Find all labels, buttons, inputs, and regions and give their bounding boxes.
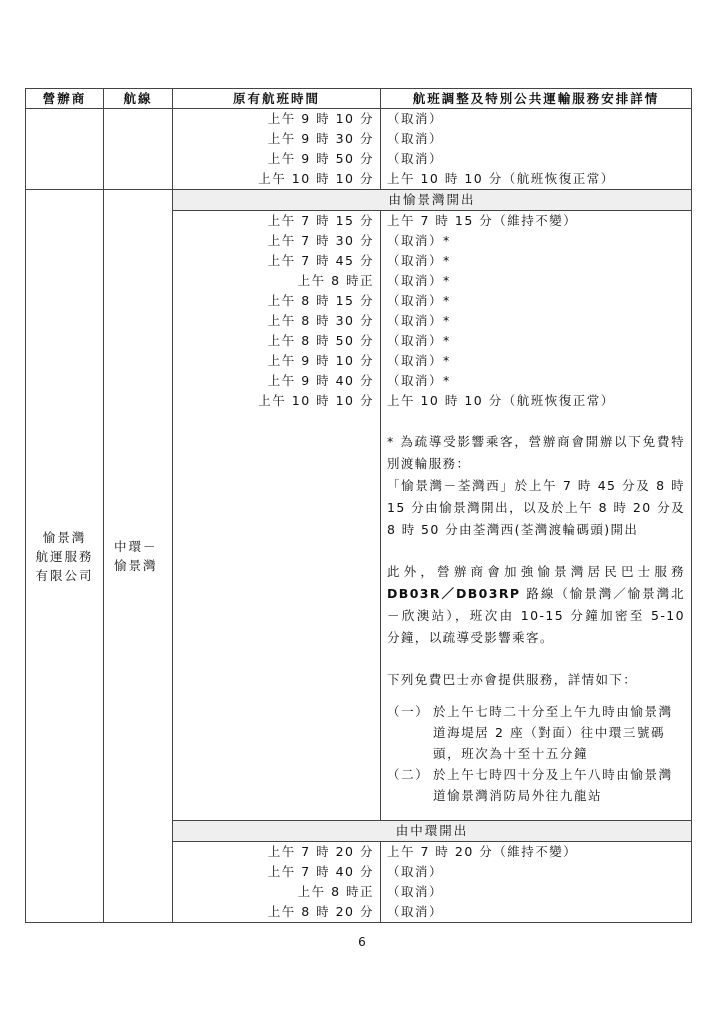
original-time: 上午 7 時 45 分 bbox=[173, 251, 374, 271]
table-header-row: 營辦商 航線 原有航班時間 航班調整及特別公共運輸服務安排詳情 bbox=[26, 89, 692, 109]
special-ferry-note: * 為疏導受影響乘客，營辦商會開辦以下免費特別渡輪服務： bbox=[387, 431, 685, 475]
continued-block: 上午 9 時 10 分 上午 9 時 30 分 上午 9 時 50 分 上午 1… bbox=[26, 109, 692, 190]
free-bus-item: （二） 於上午七時四十分及上午八時由愉景灣道愉景灣消防局外往九龍站 bbox=[387, 764, 685, 806]
original-times-list: 上午 7 時 20 分 上午 7 時 40 分 上午 8 時正 上午 8 時 2… bbox=[173, 842, 381, 923]
original-time: 上午 9 時 30 分 bbox=[173, 129, 374, 149]
detail-text: （取消）* bbox=[387, 311, 685, 331]
operator-name-line2: 航運服務 bbox=[26, 547, 103, 566]
original-time: 上午 7 時 20 分 bbox=[173, 842, 374, 862]
original-time: 上午 8 時 30 分 bbox=[173, 311, 374, 331]
original-time: 上午 8 時 15 分 bbox=[173, 291, 374, 311]
detail-text: （取消）* bbox=[387, 271, 685, 291]
original-time: 上午 10 時 10 分 bbox=[173, 391, 374, 411]
resident-bus-prefix: 此外，營辦商會加強愉景灣居民巴士服務 bbox=[387, 564, 685, 579]
detail-text: 上午 10 時 10 分（航班恢復正常） bbox=[387, 169, 685, 189]
original-time: 上午 7 時 15 分 bbox=[173, 211, 374, 231]
operator-name-line3: 有限公司 bbox=[26, 566, 103, 585]
detail-text: （取消） bbox=[387, 902, 685, 922]
detail-text: 上午 7 時 20 分（維持不變） bbox=[387, 842, 685, 862]
special-ferry-detail: 「愉景灣－荃灣西」於上午 7 時 45 分及 8 時 15 分由愉景灣開出，以及… bbox=[387, 475, 685, 541]
original-time: 上午 8 時正 bbox=[173, 271, 374, 291]
detail-text: （取消）* bbox=[387, 291, 685, 311]
route-name-line2: 愉景灣 bbox=[114, 556, 172, 575]
free-bus-item-number: （一） bbox=[387, 701, 433, 764]
detail-text: 上午 10 時 10 分（航班恢復正常） bbox=[387, 391, 685, 411]
document-page: 營辦商 航線 原有航班時間 航班調整及特別公共運輸服務安排詳情 上午 9 時 1… bbox=[0, 0, 724, 1024]
free-bus-item-text: 於上午七時二十分至上午九時由愉景灣道海堤居 2 座（對面）往中環三號碼頭，班次為… bbox=[433, 701, 685, 764]
detail-text: （取消）* bbox=[387, 331, 685, 351]
details-list: 上午 7 時 15 分（維持不變） （取消）* （取消）* （取消）* （取消）… bbox=[381, 211, 692, 821]
original-time: 上午 9 時 50 分 bbox=[173, 149, 374, 169]
original-time: 上午 8 時 50 分 bbox=[173, 331, 374, 351]
operator-cell: 愉景灣 航運服務 有限公司 bbox=[26, 190, 104, 923]
original-time: 上午 8 時正 bbox=[173, 882, 374, 902]
resident-bus-route: DB03R／DB03RP bbox=[387, 586, 520, 601]
original-times-list: 上午 7 時 15 分 上午 7 時 30 分 上午 7 時 45 分 上午 8… bbox=[173, 211, 381, 821]
resident-bus-note: 此外，營辦商會加強愉景灣居民巴士服務DB03R／DB03RP 路線（愉景灣／愉景… bbox=[387, 561, 685, 649]
section-title-from-central: 由中環開出 bbox=[173, 821, 692, 842]
free-bus-item-number: （二） bbox=[387, 764, 433, 806]
detail-text: （取消） bbox=[387, 129, 685, 149]
route-name-line1: 中環－ bbox=[114, 537, 172, 556]
detail-text: 上午 7 時 15 分（維持不變） bbox=[387, 211, 685, 231]
details-list: 上午 7 時 20 分（維持不變） （取消） （取消） （取消） bbox=[381, 842, 692, 923]
free-bus-item: （一） 於上午七時二十分至上午九時由愉景灣道海堤居 2 座（對面）往中環三號碼頭… bbox=[387, 701, 685, 764]
original-time: 上午 7 時 30 分 bbox=[173, 231, 374, 251]
operator-name-line1: 愉景灣 bbox=[26, 528, 103, 547]
route-cell-empty bbox=[104, 109, 173, 190]
original-time: 上午 9 時 40 分 bbox=[173, 371, 374, 391]
header-operator: 營辦商 bbox=[26, 89, 104, 109]
detail-text: （取消）* bbox=[387, 351, 685, 371]
details-list: （取消） （取消） （取消） 上午 10 時 10 分（航班恢復正常） bbox=[381, 109, 692, 190]
header-original-time: 原有航班時間 bbox=[173, 89, 381, 109]
page-number: 6 bbox=[0, 935, 724, 949]
original-time: 上午 7 時 40 分 bbox=[173, 862, 374, 882]
detail-text: （取消） bbox=[387, 149, 685, 169]
section-title-from-discovery-bay: 由愉景灣開出 bbox=[173, 190, 692, 211]
detail-text: （取消） bbox=[387, 862, 685, 882]
original-time: 上午 8 時 20 分 bbox=[173, 902, 374, 922]
header-route: 航線 bbox=[104, 89, 173, 109]
free-bus-intro: 下列免費巴士亦會提供服務，詳情如下： bbox=[387, 669, 685, 691]
detail-text: （取消） bbox=[387, 882, 685, 902]
original-time: 上午 10 時 10 分 bbox=[173, 169, 374, 189]
detail-text: （取消）* bbox=[387, 251, 685, 271]
detail-text: （取消）* bbox=[387, 231, 685, 251]
header-adjustment-details: 航班調整及特別公共運輸服務安排詳情 bbox=[381, 89, 692, 109]
operator-cell-empty bbox=[26, 109, 104, 190]
free-bus-item-text: 於上午七時四十分及上午八時由愉景灣道愉景灣消防局外往九龍站 bbox=[433, 764, 685, 806]
detail-text: （取消） bbox=[387, 109, 685, 129]
original-time: 上午 9 時 10 分 bbox=[173, 109, 374, 129]
original-times-list: 上午 9 時 10 分 上午 9 時 30 分 上午 9 時 50 分 上午 1… bbox=[173, 109, 381, 190]
original-time: 上午 9 時 10 分 bbox=[173, 351, 374, 371]
section-row-from-discovery-bay: 愉景灣 航運服務 有限公司 中環－ 愉景灣 由愉景灣開出 bbox=[26, 190, 692, 211]
ferry-schedule-table: 營辦商 航線 原有航班時間 航班調整及特別公共運輸服務安排詳情 上午 9 時 1… bbox=[25, 88, 692, 923]
route-cell: 中環－ 愉景灣 bbox=[104, 190, 173, 923]
detail-text: （取消）* bbox=[387, 371, 685, 391]
